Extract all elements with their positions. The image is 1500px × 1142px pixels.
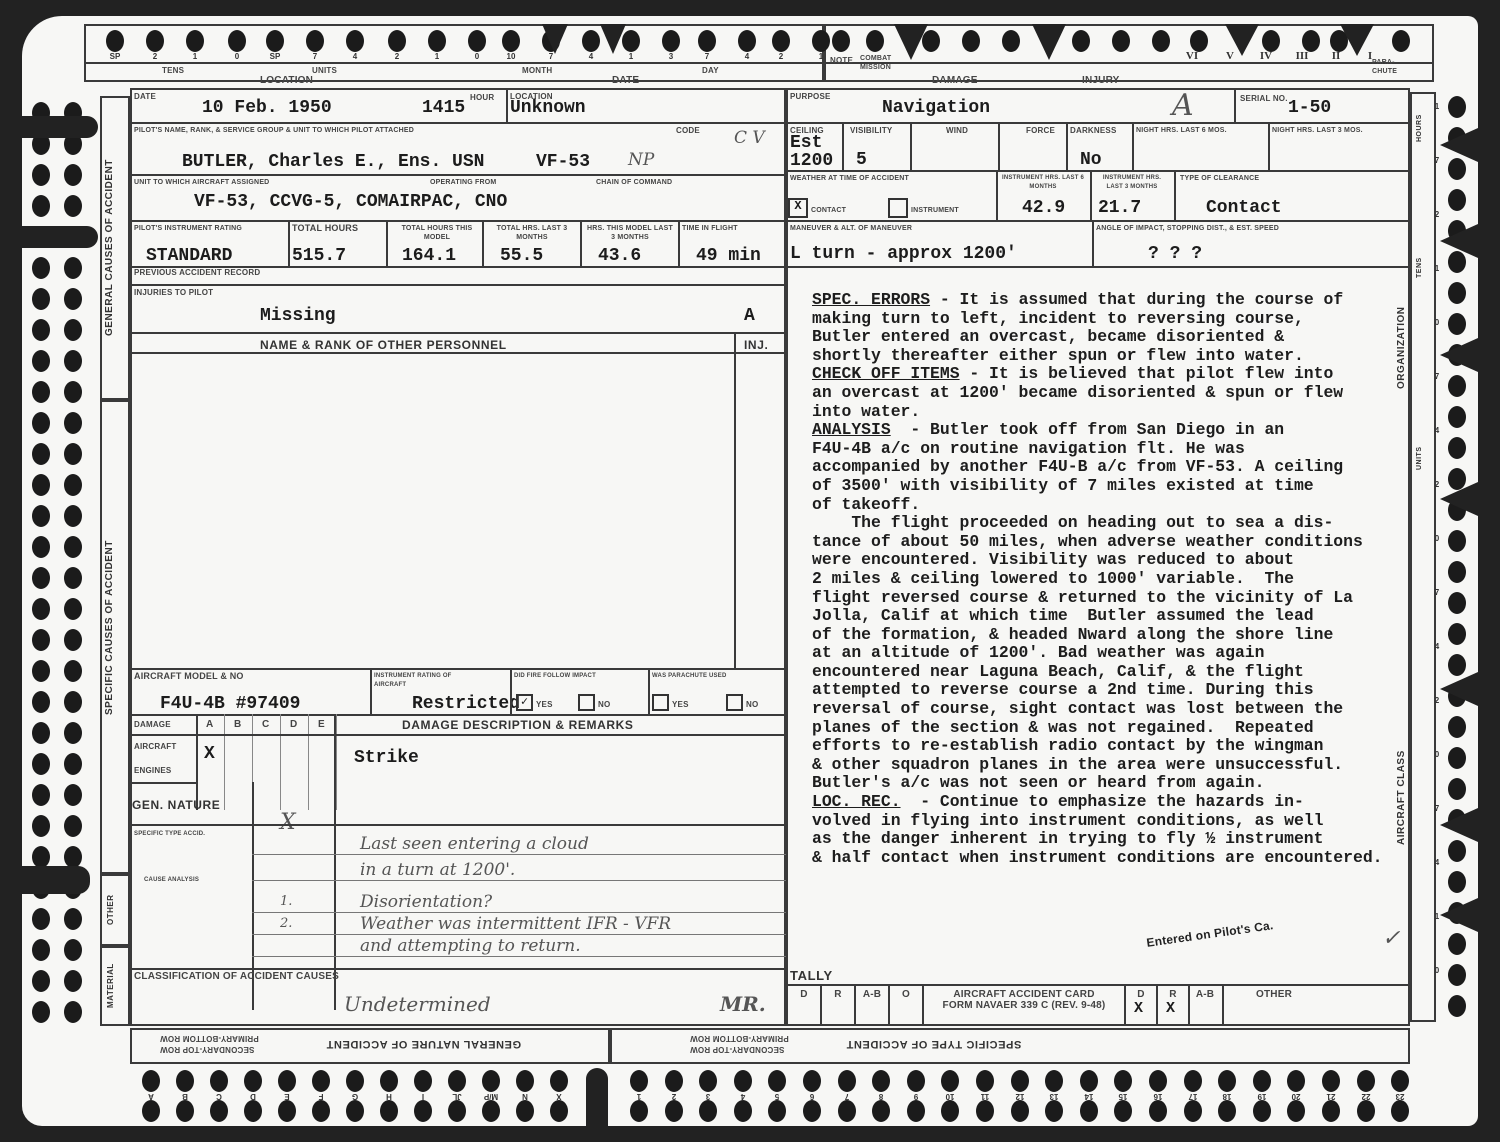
specific-type-strip-label: SPECIFIC TYPE OF ACCIDENT <box>846 1038 1021 1050</box>
punch-hole <box>1357 1100 1375 1122</box>
punch-hole <box>64 722 82 744</box>
handwritten-note: Weather was intermittent IFR - VFR <box>360 914 671 934</box>
force-label: FORCE <box>1026 126 1055 135</box>
punch-hole <box>32 1001 50 1023</box>
note-label: NOTE <box>830 56 853 65</box>
punch-digit-label: 3 <box>659 52 683 61</box>
punch-number-label: 4 <box>731 1092 755 1101</box>
location-value: Unknown <box>510 98 586 118</box>
engines-damage-label: ENGINES <box>134 766 171 775</box>
tens-right-label: TENS <box>1416 248 1423 288</box>
punch-hole <box>306 30 324 52</box>
narrative-line: efforts to re-establish radio contact by… <box>812 737 1437 756</box>
punch-hole <box>1448 158 1466 180</box>
narrative-line: Butler's a/c was not seen or heard from … <box>812 774 1437 793</box>
punch-hole <box>907 1070 925 1092</box>
punch-hole <box>32 381 50 403</box>
punch-hole <box>266 30 284 52</box>
damage-description-value: Strike <box>354 748 419 768</box>
punch-digit-label: SP <box>263 52 287 61</box>
roman-numeral-label: IV <box>1254 50 1278 62</box>
time-in-flight-value: 49 min <box>696 246 761 266</box>
punch-hole <box>976 1070 994 1092</box>
punch-hole <box>1448 437 1466 459</box>
personnel-inj-header: INJ. <box>744 338 768 352</box>
punch-hole <box>388 30 406 52</box>
fire-yes-checkbox[interactable]: ✓YES <box>516 694 553 712</box>
punch-number-label: 20 <box>1284 1092 1308 1101</box>
punch-hole <box>1448 623 1466 645</box>
roman-numeral-label: II <box>1324 50 1348 62</box>
damage-col-label: A <box>206 720 213 729</box>
punch-hole <box>176 1100 194 1122</box>
handwritten-note: Disorientation? <box>360 892 492 912</box>
punch-number-label: 10 <box>938 1092 962 1101</box>
checkbox-box: X <box>788 198 808 218</box>
punch-hole <box>64 753 82 775</box>
punch-number-label: 13 <box>1042 1092 1066 1101</box>
punch-number-label: 9 <box>904 1092 928 1101</box>
punch-hole <box>1448 840 1466 862</box>
tally-col-label: R <box>1158 990 1188 999</box>
roman-numeral-label: III <box>1290 50 1314 62</box>
punch-hole <box>32 970 50 992</box>
hours-label: HOURS <box>1416 98 1423 158</box>
instr6-label: INSTRUMENT HRS. LAST 6 MONTHS <box>1000 174 1086 192</box>
punch-hole <box>1045 1070 1063 1092</box>
total-model-value: 164.1 <box>402 246 456 266</box>
narrative-line: Butler entered an overcast, became disor… <box>812 328 1437 347</box>
punch-hole <box>1253 1100 1271 1122</box>
punch-hole <box>64 443 82 465</box>
punch-hole <box>803 1100 821 1122</box>
punch-hole <box>550 1100 568 1122</box>
punch-digit-label: 4 <box>579 52 603 61</box>
punch-hole <box>32 505 50 527</box>
punch-hole <box>64 939 82 961</box>
grid-line <box>922 984 924 1026</box>
date-label: DATE <box>134 92 156 101</box>
punch-hole <box>699 1070 717 1092</box>
bottom-punch-strip: GENERAL NATURE OF ACCIDENT PRIMARY-BOTTO… <box>130 1028 1478 1126</box>
instrument-rating-label: PILOT'S INSTRUMENT RATING <box>134 224 242 233</box>
injury-strip-label: INJURY <box>1082 76 1120 85</box>
classification-label: CLASSIFICATION OF ACCIDENT CAUSES <box>134 972 339 981</box>
cause-code: 1. <box>280 894 292 909</box>
punch-hole <box>1448 251 1466 273</box>
punch-hole <box>1080 1100 1098 1122</box>
punch-hole <box>346 1070 364 1092</box>
punch-hole <box>64 908 82 930</box>
punch-digit-label: 1 <box>809 52 833 61</box>
injuries-label: INJURIES TO PILOT <box>134 288 213 297</box>
punch-letter-label: N <box>513 1092 537 1101</box>
punch-hole <box>1262 30 1280 52</box>
punch-hole <box>32 629 50 651</box>
punch-hole <box>872 1100 890 1122</box>
narrative-line: flight reversed course & returned to the… <box>812 589 1437 608</box>
punch-number-label: 16 <box>1146 1092 1170 1101</box>
punch-hole <box>210 1070 228 1092</box>
punch-hole <box>582 30 600 52</box>
checkbox-box <box>578 694 595 711</box>
punch-letter-label: H <box>377 1092 401 1101</box>
punch-letter-label: M/P <box>479 1092 503 1101</box>
punch-hole <box>64 567 82 589</box>
punch-hole <box>1112 30 1130 52</box>
punch-hole <box>768 1070 786 1092</box>
instr3-value: 21.7 <box>1098 198 1141 218</box>
punch-number-label: 8 <box>869 1092 893 1101</box>
grid-line <box>308 714 309 810</box>
punch-digit-label: 1 <box>183 52 207 61</box>
punch-hole <box>738 30 756 52</box>
punch-hole <box>1322 1100 1340 1122</box>
grid-line <box>854 984 856 1026</box>
punch-hole <box>64 970 82 992</box>
total-model-label: TOTAL HOURS THIS MODEL <box>392 224 482 242</box>
punch-digit-label: 2 <box>143 52 167 61</box>
punch-hole <box>812 30 830 52</box>
punch-hole <box>1322 1070 1340 1092</box>
punch-digit-label: 1 <box>1430 912 1444 921</box>
punch-hole <box>1149 1100 1167 1122</box>
narrative-line: shortly thereafter either spun or flew i… <box>812 347 1437 366</box>
narrative-line: Jolla, Calif at which time Butler assume… <box>812 607 1437 626</box>
narrative-line: encountered near Laguna Beach, Calif, & … <box>812 663 1437 682</box>
para-yes-checkbox[interactable]: YES <box>652 694 689 712</box>
punch-hole <box>1392 30 1410 52</box>
punch-number-label: 23 <box>1388 1092 1412 1101</box>
month-label: MONTH <box>522 66 552 75</box>
punch-hole <box>1072 30 1090 52</box>
weather-contact-checkbox[interactable]: XCONTACT <box>788 198 846 218</box>
general-nature-strip-label: GENERAL NATURE OF ACCIDENT <box>326 1038 521 1050</box>
punch-letter-label: I <box>411 1092 435 1101</box>
tally-col-label: O <box>896 990 916 999</box>
narrative-line: into water. <box>812 403 1437 422</box>
punch-hole <box>1218 1070 1236 1092</box>
time-in-flight-label: TIME IN FLIGHT <box>682 224 738 233</box>
punch-hole <box>699 1100 717 1122</box>
damage-col-label: C <box>262 720 269 729</box>
day-label: DAY <box>702 66 719 75</box>
punch-hole <box>64 598 82 620</box>
punch-hole <box>64 319 82 341</box>
punch-hole <box>64 660 82 682</box>
punch-hole <box>244 1100 262 1122</box>
night6-label: NIGHT HRS. LAST 6 MOS. <box>1136 126 1227 135</box>
punch-hole <box>1391 1100 1409 1122</box>
narrative-heading: CHECK OFF ITEMS <box>812 364 960 383</box>
punch-hole <box>64 505 82 527</box>
checkbox-box: ✓ <box>516 694 533 711</box>
narrative-line: The flight proceeded on heading out to s… <box>812 514 1437 533</box>
punch-hole <box>1448 530 1466 552</box>
tally-mark: X <box>1134 1000 1143 1017</box>
other-label: OTHER <box>106 884 115 936</box>
material-label: MATERIAL <box>106 954 115 1018</box>
pilot-name-value: BUTLER, Charles E., Ens. USN <box>182 152 484 172</box>
punch-hole <box>630 1070 648 1092</box>
narrative-line: planes of the section & was not regained… <box>812 719 1437 738</box>
punch-hole <box>64 350 82 372</box>
punch-number-label: 14 <box>1077 1092 1101 1101</box>
specific-type-label: SPECIFIC TYPE ACCID. <box>134 830 205 839</box>
narrative-line: as the danger inherent in trying to fly … <box>812 830 1437 849</box>
punch-digit-label: 7 <box>303 52 327 61</box>
punch-hole <box>414 1070 432 1092</box>
punch-hole <box>1448 778 1466 800</box>
punch-number-label: 6 <box>800 1092 824 1101</box>
punch-hole <box>32 722 50 744</box>
punch-hole <box>32 257 50 279</box>
punch-hole <box>622 30 640 52</box>
narrative-line: reversal of course, sight contact was lo… <box>812 700 1437 719</box>
punch-notch <box>1440 338 1478 372</box>
damage-description-header: DAMAGE DESCRIPTION & REMARKS <box>402 718 633 732</box>
roman-numeral-label: V <box>1218 50 1242 62</box>
handwritten-note: in a turn at 1200'. <box>360 860 515 880</box>
punch-hole <box>414 1100 432 1122</box>
aircraft-model-label: AIRCRAFT MODEL & NO <box>134 672 244 681</box>
location-strip-label: LOCATION <box>260 76 313 85</box>
punch-hole <box>734 1100 752 1122</box>
punch-hole <box>1184 1100 1202 1122</box>
punch-hole <box>64 195 82 217</box>
maneuver-label: MANEUVER & ALT. OF MANEUVER <box>790 224 912 233</box>
punch-number-label: 7 <box>835 1092 859 1101</box>
pilot-unit-value: VF-53 <box>536 152 590 172</box>
tally-col-label: OTHER <box>1224 990 1324 999</box>
night3-label: NIGHT HRS. LAST 3 MOS. <box>1272 126 1363 135</box>
punch-letter-label: X <box>547 1092 571 1101</box>
punch-hole <box>64 1001 82 1023</box>
punch-number-label: 5 <box>765 1092 789 1101</box>
punch-letter-label: B <box>173 1092 197 1101</box>
grid-line <box>224 714 225 810</box>
punch-hole <box>64 474 82 496</box>
impact-value: ? ? ? <box>1148 244 1202 264</box>
punch-hole <box>1287 1100 1305 1122</box>
punch-hole <box>32 474 50 496</box>
punch-hole <box>312 1100 330 1122</box>
punch-hole <box>32 815 50 837</box>
punch-hole <box>665 1100 683 1122</box>
specific-causes-label: SPECIFIC CAUSES OF ACCIDENT <box>104 478 115 778</box>
tally-col-label: D <box>794 990 814 999</box>
punch-digit-label: 0 <box>465 52 489 61</box>
punch-notch <box>586 1068 608 1126</box>
punch-digit-label: 0 <box>225 52 249 61</box>
tally-col-label: R <box>828 990 848 999</box>
primary-bottom-label: PRIMARY-BOTTOM ROW <box>160 1034 259 1043</box>
total-hours-label: TOTAL HOURS <box>292 224 358 233</box>
grid-line <box>336 714 337 810</box>
damage-col-label: D <box>290 720 297 729</box>
date-strip-label: DATE <box>612 76 639 85</box>
punch-hole <box>872 1070 890 1092</box>
secondary-top-label-2: SECONDARY-TOP ROW <box>690 1045 784 1054</box>
punch-hole <box>32 939 50 961</box>
punch-hole <box>32 784 50 806</box>
narrative-line: attempted to reverse course a 2nd time. … <box>812 681 1437 700</box>
darkness-value: No <box>1080 150 1102 170</box>
punch-hole <box>1448 995 1466 1017</box>
punch-hole <box>482 1070 500 1092</box>
last3-value: 55.5 <box>500 246 543 266</box>
punch-hole <box>146 30 164 52</box>
cause-code: 2. <box>280 916 292 931</box>
accident-card: TENS UNITS MONTH DAY LOCATION DATE NOTE … <box>22 16 1478 1126</box>
general-causes-label: GENERAL CAUSES OF ACCIDENT <box>104 108 115 388</box>
aircraft-instrument-rating-value: Restricted <box>412 694 520 714</box>
punch-hole <box>448 1070 466 1092</box>
punch-hole <box>838 1100 856 1122</box>
rule-line <box>252 934 786 935</box>
parachute-label: WAS PARACHUTE USED <box>652 672 727 681</box>
punch-number-label: 21 <box>1319 1092 1343 1101</box>
punch-hole <box>32 412 50 434</box>
punch-hole <box>278 1100 296 1122</box>
punch-hole <box>516 1100 534 1122</box>
punch-hole <box>1253 1070 1271 1092</box>
punch-number-label: 3 <box>696 1092 720 1101</box>
grid-line <box>1188 984 1190 1026</box>
narrative-line: LOC. REC. - Continue to emphasize the ha… <box>812 793 1437 812</box>
punch-number-label: 1 <box>627 1092 651 1101</box>
punch-hole <box>32 598 50 620</box>
punch-hole <box>32 195 50 217</box>
punch-hole <box>1448 406 1466 428</box>
punch-hole <box>32 691 50 713</box>
aircraft-instrument-rating-label: INSTRUMENT RATING OF AIRCRAFT <box>374 672 474 690</box>
narrative-line: of takeoff. <box>812 496 1437 515</box>
aircraft-damage-label: AIRCRAFT <box>134 742 176 751</box>
punch-hole <box>106 30 124 52</box>
clearance-value: Contact <box>1206 198 1282 218</box>
punch-hole <box>941 1070 959 1092</box>
handwritten-note: Last seen entering a cloud <box>360 834 589 854</box>
punch-number-label: 17 <box>1181 1092 1205 1101</box>
punch-hole <box>922 30 940 52</box>
punch-hole <box>64 629 82 651</box>
handwritten-note: and attempting to return. <box>360 936 581 956</box>
fire-label: DID FIRE FOLLOW IMPACT <box>514 672 596 681</box>
code-label: CODE <box>676 126 700 135</box>
punch-digit-label: 10 <box>499 52 523 61</box>
punch-notch <box>22 116 98 138</box>
punch-hole <box>142 1100 160 1122</box>
punch-number-label: 18 <box>1215 1092 1239 1101</box>
punch-number-label: 19 <box>1250 1092 1274 1101</box>
damage-strip-label: DAMAGE <box>932 76 978 85</box>
punch-hole <box>1114 1100 1132 1122</box>
unit-chain-value: VF-53, CCVG-5, COMAIRPAC, CNO <box>194 192 507 212</box>
punch-digit-label: 1 <box>1430 102 1444 111</box>
punch-hole <box>278 1070 296 1092</box>
punch-hole <box>1011 1100 1029 1122</box>
grid-line <box>820 984 822 1026</box>
narrative-line: of 3500' with visibility of 7 miles exis… <box>812 477 1437 496</box>
punch-hole <box>976 1100 994 1122</box>
narrative-line: F4U-4B a/c on routine navigation flt. He… <box>812 440 1437 459</box>
aircraft-damage-mark: X <box>204 744 215 764</box>
punch-hole <box>1448 592 1466 614</box>
punch-hole <box>64 691 82 713</box>
punch-letter-label: C <box>207 1092 231 1101</box>
punch-hole <box>550 1070 568 1092</box>
rule-line <box>252 854 786 855</box>
checkmark: ✓ <box>1382 926 1400 951</box>
injuries-value: Missing <box>260 306 336 326</box>
instrument-rating-value: STANDARD <box>146 246 232 266</box>
combat-mission-label: COMBAT MISSION <box>860 54 890 72</box>
classification-initials: MR. <box>720 992 766 1016</box>
narrative-line: tance of about 50 miles, when adverse we… <box>812 533 1437 552</box>
visibility-label: VISIBILITY <box>850 126 892 135</box>
punch-hole <box>1218 1100 1236 1122</box>
form-title: AIRCRAFT ACCIDENT CARD <box>926 990 1122 999</box>
purpose-label: PURPOSE <box>790 92 831 101</box>
punch-hole <box>1448 561 1466 583</box>
punch-hole <box>1448 871 1466 893</box>
punch-hole <box>244 1070 262 1092</box>
punch-notch <box>22 866 90 894</box>
weather-label: WEATHER AT TIME OF ACCIDENT <box>790 174 909 183</box>
punch-hole <box>32 319 50 341</box>
punch-hole <box>1149 1070 1167 1092</box>
injury-code-value: A <box>744 306 755 326</box>
checkbox-box <box>888 198 908 218</box>
punch-hole <box>64 257 82 279</box>
para-no-checkbox[interactable]: NO <box>726 694 758 712</box>
hour-label: HOUR <box>470 93 494 102</box>
punch-hole <box>32 288 50 310</box>
weather-instrument-checkbox[interactable]: INSTRUMENT <box>888 198 959 218</box>
purpose-mark: A <box>1172 88 1194 123</box>
punch-hole <box>482 1100 500 1122</box>
punch-hole <box>1448 933 1466 955</box>
punch-hole <box>176 1070 194 1092</box>
narrative-heading: LOC. REC. <box>812 792 901 811</box>
punch-hole <box>64 164 82 186</box>
aircraft-model-value: F4U-4B #97409 <box>160 694 300 714</box>
narrative-line: were encountered. Visibility was reduced… <box>812 551 1437 570</box>
fire-no-checkbox[interactable]: NO <box>578 694 610 712</box>
punch-hole <box>772 30 790 52</box>
punch-digit-label: 2 <box>385 52 409 61</box>
pilot-annotation: NP <box>628 150 654 170</box>
operating-from-label: OPERATING FROM <box>430 178 496 187</box>
punch-hole <box>1448 716 1466 738</box>
punch-hole <box>346 30 364 52</box>
narrative-heading: SPEC. ERRORS <box>812 290 930 309</box>
serial-value: 1-50 <box>1288 98 1331 118</box>
grid-line <box>1156 984 1158 1026</box>
clearance-label: TYPE OF CLEARANCE <box>1180 174 1259 183</box>
punch-number-label: 11 <box>973 1092 997 1101</box>
narrative-line: volved in flying into instrument conditi… <box>812 812 1437 831</box>
rule-line <box>252 956 786 957</box>
punch-digit-label: 2 <box>769 52 793 61</box>
punch-letter-label: D <box>241 1092 265 1101</box>
gen-nature-mark: X <box>280 810 296 835</box>
punch-hole <box>941 1100 959 1122</box>
punch-hole <box>32 753 50 775</box>
punch-digit-label: 7 <box>1430 156 1444 165</box>
date-value: 10 Feb. 1950 <box>202 98 332 118</box>
